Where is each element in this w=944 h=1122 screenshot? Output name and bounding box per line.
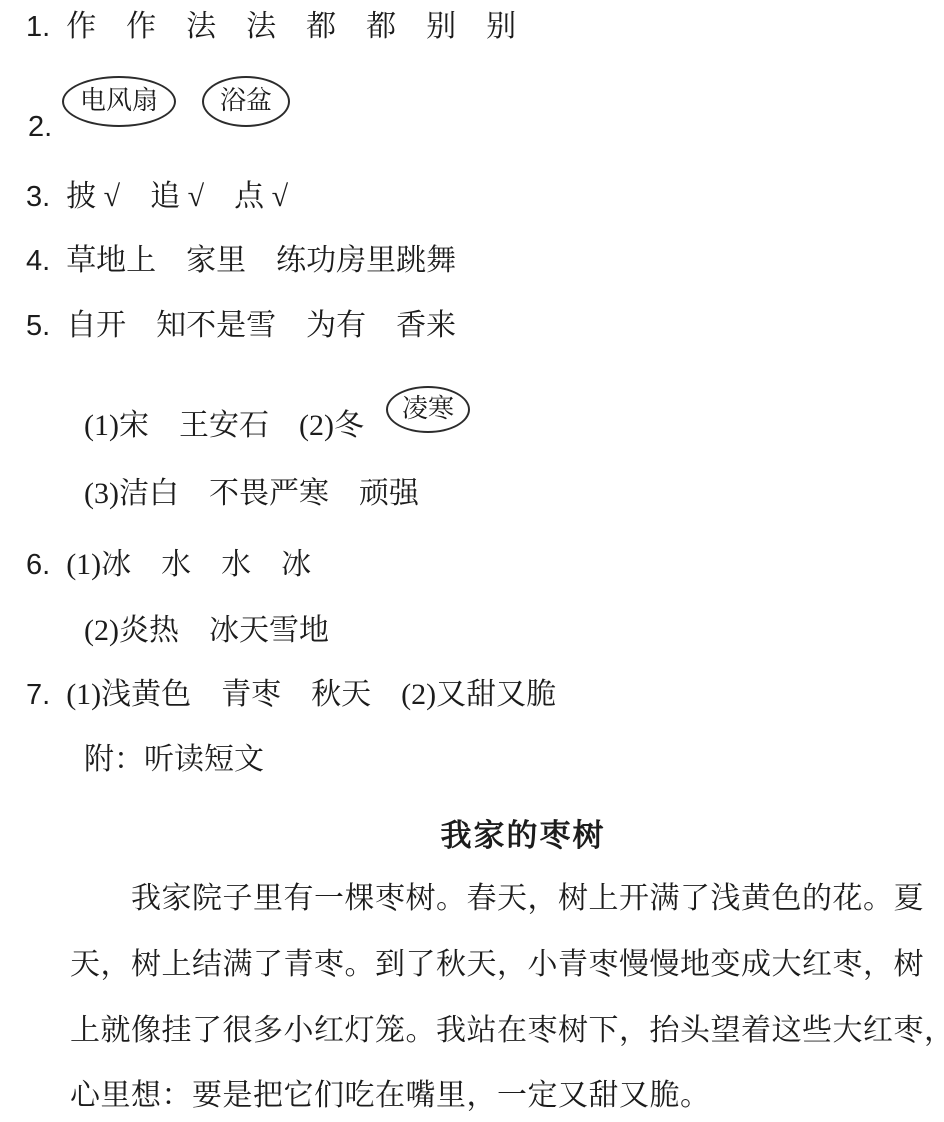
answer-row-7: 7.(1)浅黄色 青枣 秋天 (2)又甜又脆 <box>26 678 556 713</box>
item-number: 5. <box>26 310 50 343</box>
answer-text: (2)炎热 冰天雪地 <box>84 614 329 647</box>
story-line-3: 上就像挂了很多小红灯笼。我站在枣树下，抬头望着这些大红枣， <box>70 1013 944 1049</box>
circled-answer: 凌寒 <box>386 386 470 433</box>
item-number: 4. <box>26 245 50 278</box>
answer-row-4: 4.草地上 家里 练功房里跳舞 <box>26 244 456 279</box>
answer-row-5-sub-1: (1)宋 王安石 (2)冬凌寒 <box>84 404 470 451</box>
answer-row-1: 1.作 作 法 法 都 都 别 别 <box>26 10 516 45</box>
story-line-2: 天，树上结满了青枣。到了秋天，小青枣慢慢地变成大红枣，树 <box>70 947 924 983</box>
circled-answer: 浴盆 <box>202 76 290 127</box>
answer-row-5-sub-2: (3)洁白 不畏严寒 顽强 <box>84 477 419 512</box>
answer-text: (1)宋 王安石 (2)冬 <box>84 409 364 442</box>
answer-text: (3)洁白 不畏严寒 顽强 <box>84 477 419 510</box>
circled-answers-group: 电风扇 浴盆 <box>62 76 290 127</box>
answer-text: 附：听读短文 <box>84 743 264 776</box>
appendix-note: 附：听读短文 <box>84 743 264 778</box>
item-number: 6. <box>26 549 50 582</box>
item-number: 1. <box>26 11 50 44</box>
answer-key-page: 1.作 作 法 法 都 都 别 别 2. 电风扇 浴盆 3.披 √ 追 √ 点 … <box>0 0 944 1122</box>
answer-text: 披 √ 追 √ 点 √ <box>66 180 288 213</box>
answer-text: 草地上 家里 练功房里跳舞 <box>66 244 456 277</box>
story-line-1: 我家院子里有一棵枣树。春天，树上开满了浅黄色的花。夏 <box>131 881 924 917</box>
answer-row-6-sub-1: (2)炎热 冰天雪地 <box>84 614 329 649</box>
answer-text: (1)冰 水 水 冰 <box>66 548 311 581</box>
answer-row-6: 6.(1)冰 水 水 冰 <box>26 548 311 583</box>
item-number: 3. <box>26 181 50 214</box>
circled-answer: 电风扇 <box>62 76 176 127</box>
answer-text: 自开 知不是雪 为有 香来 <box>66 309 456 342</box>
item-number: 7. <box>26 679 50 712</box>
story-title: 我家的枣树 <box>0 810 944 855</box>
answer-text: 作 作 法 法 都 都 别 别 <box>66 10 516 43</box>
answer-row-5: 5.自开 知不是雪 为有 香来 <box>26 309 456 344</box>
item-number: 2. <box>28 111 52 144</box>
answer-row-3: 3.披 √ 追 √ 点 √ <box>26 180 288 215</box>
story-line-4: 心里想：要是把它们吃在嘴里，一定又甜又脆。 <box>70 1078 711 1114</box>
answer-text: (1)浅黄色 青枣 秋天 (2)又甜又脆 <box>66 678 556 711</box>
